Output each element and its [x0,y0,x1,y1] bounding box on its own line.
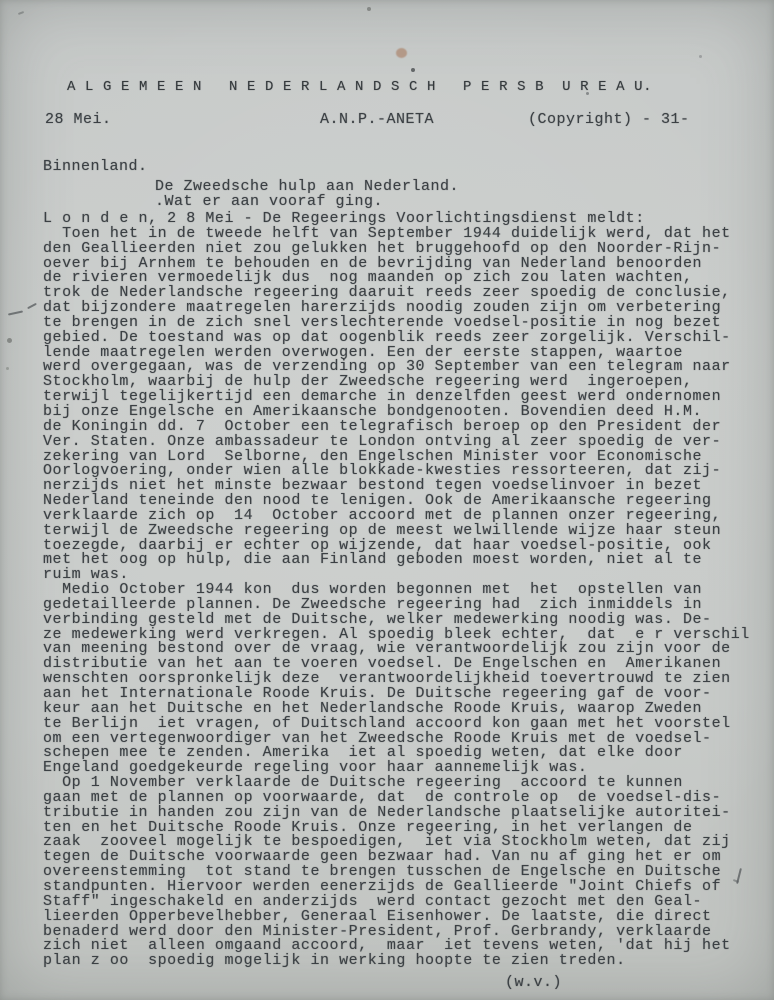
paper-speck [6,367,9,370]
body-paragraph-2: Medio October 1944 kon dus worden begonn… [43,583,763,776]
signoff-initials: (w.v.) [505,974,562,991]
pencil-mark [8,310,23,315]
scanned-press-bulletin: A L G E M E E N N E D E R L A N D S C H … [0,0,774,1000]
paper-speck [411,68,415,72]
paper-speck [367,7,371,11]
paper-stain [396,48,407,58]
wire-code-label: A.N.P.-ANETA [320,111,434,128]
copyright-label: (Copyright) - 31- [528,111,690,128]
pencil-mark [27,303,37,309]
article-title: De Zweedsche hulp aan Nederland. .Wat er… [155,179,459,209]
pencil-mark [18,11,24,15]
body-paragraph-1: L o n d e n, 2 8 Mei - De Regeerings Voo… [43,212,763,583]
date-label: 28 Mei. [45,111,112,128]
paper-speck [586,92,589,95]
paper-speck [699,55,702,58]
paper-speck [7,338,12,343]
section-heading: Binnenland. [43,158,148,175]
body-paragraph-3: Op 1 November verklaarde de Duitsche reg… [43,776,763,969]
article-body: L o n d e n, 2 8 Mei - De Regeerings Voo… [43,212,763,969]
agency-header: A L G E M E E N N E D E R L A N D S C H … [67,79,652,95]
